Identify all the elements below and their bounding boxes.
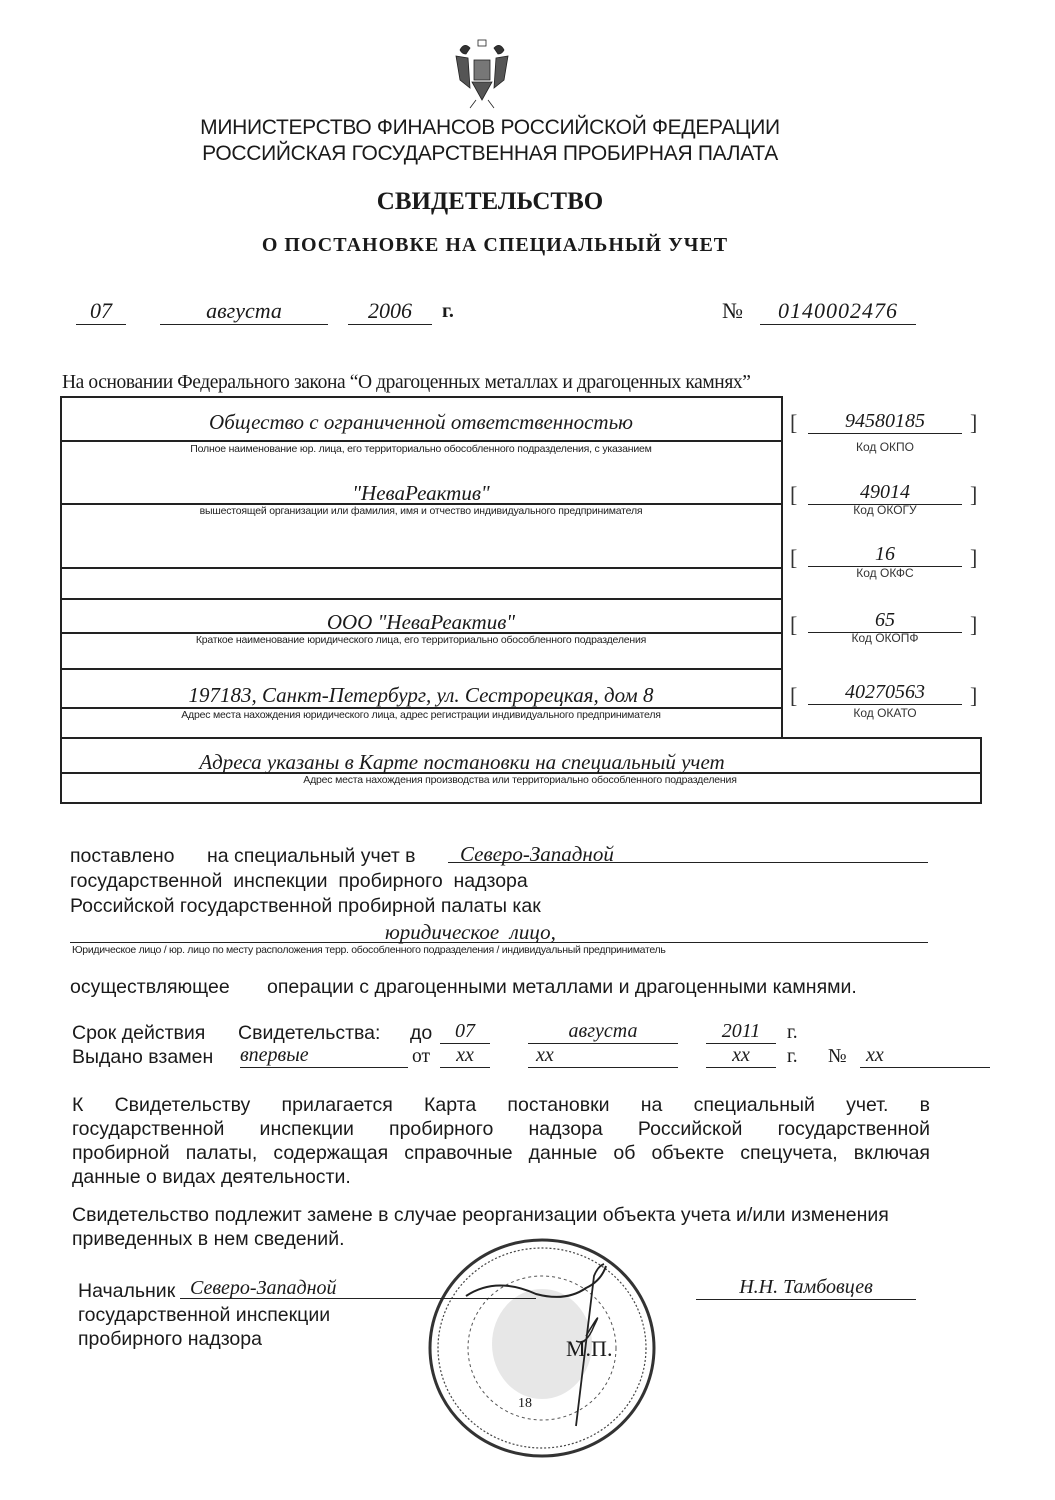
registration-line2: государственной инспекции пробирного над… — [70, 870, 528, 893]
registration-line3: Российской государственной пробирной пал… — [70, 895, 541, 918]
short-name: ООО "НеваРеактив" — [62, 610, 780, 635]
attachment-line-2: государственной инспекции пробирного над… — [72, 1118, 930, 1141]
registered-word: поставлено — [70, 845, 174, 868]
validity-year: 2011 — [706, 1020, 776, 1044]
inspection-name: Северо-Западной — [460, 842, 614, 867]
full-name-line1: Общество с ограниченной ответственностью — [62, 410, 780, 435]
replacement-value: впервые — [240, 1044, 408, 1068]
validity-label: Срок действия — [72, 1022, 205, 1045]
full-name-line2: "НеваРеактив" — [62, 481, 780, 506]
replacement-year-suffix: г. — [787, 1046, 798, 1068]
operations-text: операции с драгоценными металлами и драг… — [267, 976, 857, 999]
attachment-line-4: данные о видах деятельности. — [72, 1166, 351, 1189]
entity-type-caption: Юридическое лицо / юр. лицо по месту рас… — [72, 944, 666, 956]
signature-line3: пробирного надзора — [78, 1328, 262, 1351]
issue-day: 07 — [76, 298, 126, 325]
signatory-name: Н.Н. Тамбовцев — [696, 1276, 916, 1300]
signature-inspection: Северо-Западной — [190, 1277, 337, 1300]
operations-word: осуществляющее — [70, 976, 230, 999]
validity-month: августа — [528, 1020, 678, 1044]
legal-address-caption: Адрес места нахождения юридического лица… — [62, 709, 780, 721]
issue-year-suffix: г. — [442, 300, 454, 323]
chief-title: Начальник — [78, 1280, 175, 1303]
replacement-note-line-2: приведенных в нем сведений. — [72, 1228, 345, 1251]
issue-year: 2006 — [348, 298, 432, 325]
replacement-day: xx — [440, 1044, 490, 1068]
coat-of-arms-emblem — [452, 38, 512, 110]
round-stamp-icon — [426, 1236, 658, 1460]
replacement-year: xx — [706, 1044, 776, 1068]
validity-day: 07 — [440, 1020, 490, 1044]
validity-year-suffix: г. — [787, 1022, 798, 1044]
number-label: № — [722, 298, 743, 324]
validity-until: до — [410, 1022, 432, 1045]
full-name-caption2: вышестоящей организации или фамилия, имя… — [62, 505, 780, 517]
issue-month: августа — [160, 298, 328, 325]
attachment-line-1: К Свидетельству прилагается Карта постан… — [72, 1094, 930, 1117]
full-name-caption1: Полное наименование юр. лица, его террит… — [62, 443, 780, 455]
attachment-line-3: пробирной палаты, содержащая справочные … — [72, 1142, 930, 1165]
certificate-number: 0140002476 — [760, 298, 916, 325]
production-address: Адреса указаны в Карте постановки на спе… — [62, 750, 862, 775]
replacement-from: от — [412, 1046, 430, 1068]
official-seal: М.П. 18 — [426, 1236, 658, 1460]
stamp-number: 18 — [518, 1396, 532, 1412]
replacement-number-label: № — [828, 1046, 847, 1068]
document-subtitle: О ПОСТАНОВКЕ НА СПЕЦИАЛЬНЫЙ УЧЕТ — [180, 234, 810, 257]
legal-address: 197183, Санкт-Петербург, ул. Сестрорецка… — [62, 683, 780, 708]
replacement-note-line-1: Свидетельство подлежит замене в случае р… — [72, 1204, 889, 1227]
validity-certificate-label: Свидетельства: — [238, 1022, 380, 1045]
replacement-number: xx — [860, 1044, 990, 1068]
signature-line2: государственной инспекции — [78, 1304, 330, 1327]
registered-in-label: на специальный учет в — [207, 845, 416, 868]
replacement-label: Выдано взамен — [72, 1046, 213, 1069]
entity-type: юридическое лицо, — [385, 920, 556, 945]
ministry-heading: МИНИСТЕРСТВО ФИНАНСОВ РОССИЙСКОЙ ФЕДЕРАЦ… — [130, 116, 850, 140]
legal-basis: На основании Федерального закона “О драг… — [62, 372, 751, 394]
replacement-month: xx — [528, 1044, 678, 1068]
production-address-caption: Адрес места нахождения производства или … — [160, 774, 880, 786]
double-headed-eagle-icon — [452, 38, 512, 110]
short-name-caption: Краткое наименование юридического лица, … — [62, 634, 780, 646]
stamp-mark: М.П. — [566, 1336, 612, 1362]
document-title: СВИДЕТЕЛЬСТВО — [270, 188, 710, 216]
chamber-heading: РОССИЙСКАЯ ГОСУДАРСТВЕННАЯ ПРОБИРНАЯ ПАЛ… — [130, 142, 850, 166]
